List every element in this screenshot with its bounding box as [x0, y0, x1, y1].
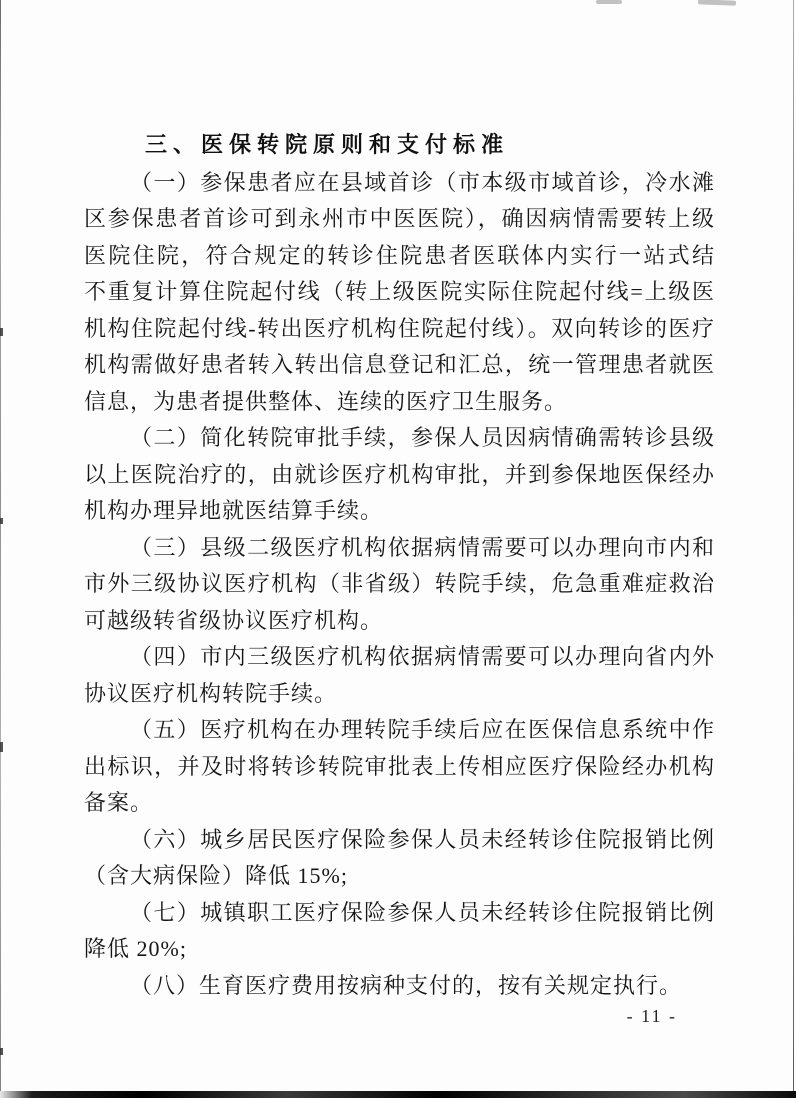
scanned-document-page: 三、医保转院原则和支付标准 （一）参保患者应在县域首诊（市本级市域首诊，冷水滩区…: [0, 0, 796, 1098]
text-line: （三）县级二级医疗机构依据病情需要可以办理向市内和: [84, 530, 715, 567]
text-line: 以上医院治疗的，由就诊医疗机构审批，并到参保地医保经办: [84, 457, 715, 494]
text-line: 机构住院起付线-转出医疗机构住院起付线）。双向转诊的医疗: [84, 311, 715, 348]
document-content: 三、医保转院原则和支付标准 （一）参保患者应在县域首诊（市本级市域首诊，冷水滩区…: [84, 128, 715, 1004]
scan-artifact-speck: [0, 518, 3, 524]
scan-artifact-smudge: [596, 0, 622, 4]
text-line: 信息，为患者提供整体、连续的医疗卫生服务。: [84, 384, 715, 421]
text-line: 市外三级协议医疗机构（非省级）转院手续，危急重难症救治: [84, 566, 715, 603]
scan-artifact-smudge: [698, 0, 736, 6]
text-line: 可越级转省级协议医疗机构。: [84, 603, 715, 640]
document-body: （一）参保患者应在县域首诊（市本级市域首诊，冷水滩区参保患者首诊可到永州市中医医…: [84, 165, 715, 1005]
text-line: （一）参保患者应在县域首诊（市本级市域首诊，冷水滩: [84, 165, 715, 202]
page-number: - 11 -: [627, 1006, 677, 1027]
text-line: 医院住院，符合规定的转诊住院患者医联体内实行一站式结算，: [84, 238, 715, 275]
scan-artifact-bottom-edge: [0, 1091, 796, 1098]
section-heading: 三、医保转院原则和支付标准: [84, 128, 715, 165]
text-line: 机构办理异地就医结算手续。: [84, 493, 715, 530]
text-line: （五）医疗机构在办理转院手续后应在医保信息系统中作: [84, 712, 715, 749]
text-line: 降低 20%;: [84, 931, 715, 968]
text-line: 协议医疗机构转院手续。: [84, 676, 715, 713]
text-line: 出标识，并及时将转诊转院审批表上传相应医疗保险经办机构: [84, 749, 715, 786]
scan-artifact-left-edge: [0, 0, 1, 1098]
text-line: 机构需做好患者转入转出信息登记和汇总，统一管理患者就医: [84, 347, 715, 384]
text-line: 不重复计算住院起付线（转上级医院实际住院起付线=上级医疗: [84, 274, 715, 311]
text-line: （含大病保险）降低 15%;: [84, 858, 715, 895]
text-line: 区参保患者首诊可到永州市中医医院），确因病情需要转上级: [84, 201, 715, 238]
scan-artifact-speck: [0, 328, 3, 336]
scan-artifact-right-edge: [793, 0, 794, 1098]
scan-artifact-speck: [0, 742, 3, 752]
text-line: （七）城镇职工医疗保险参保人员未经转诊住院报销比例: [84, 895, 715, 932]
scan-artifact-speck: [0, 1048, 3, 1055]
text-line: （八）生育医疗费用按病种支付的，按有关规定执行。: [84, 968, 715, 1005]
text-line: （四）市内三级医疗机构依据病情需要可以办理向省内外: [84, 639, 715, 676]
text-line: （六）城乡居民医疗保险参保人员未经转诊住院报销比例: [84, 822, 715, 859]
text-line: （二）简化转院审批手续，参保人员因病情确需转诊县级: [84, 420, 715, 457]
text-line: 备案。: [84, 785, 715, 822]
